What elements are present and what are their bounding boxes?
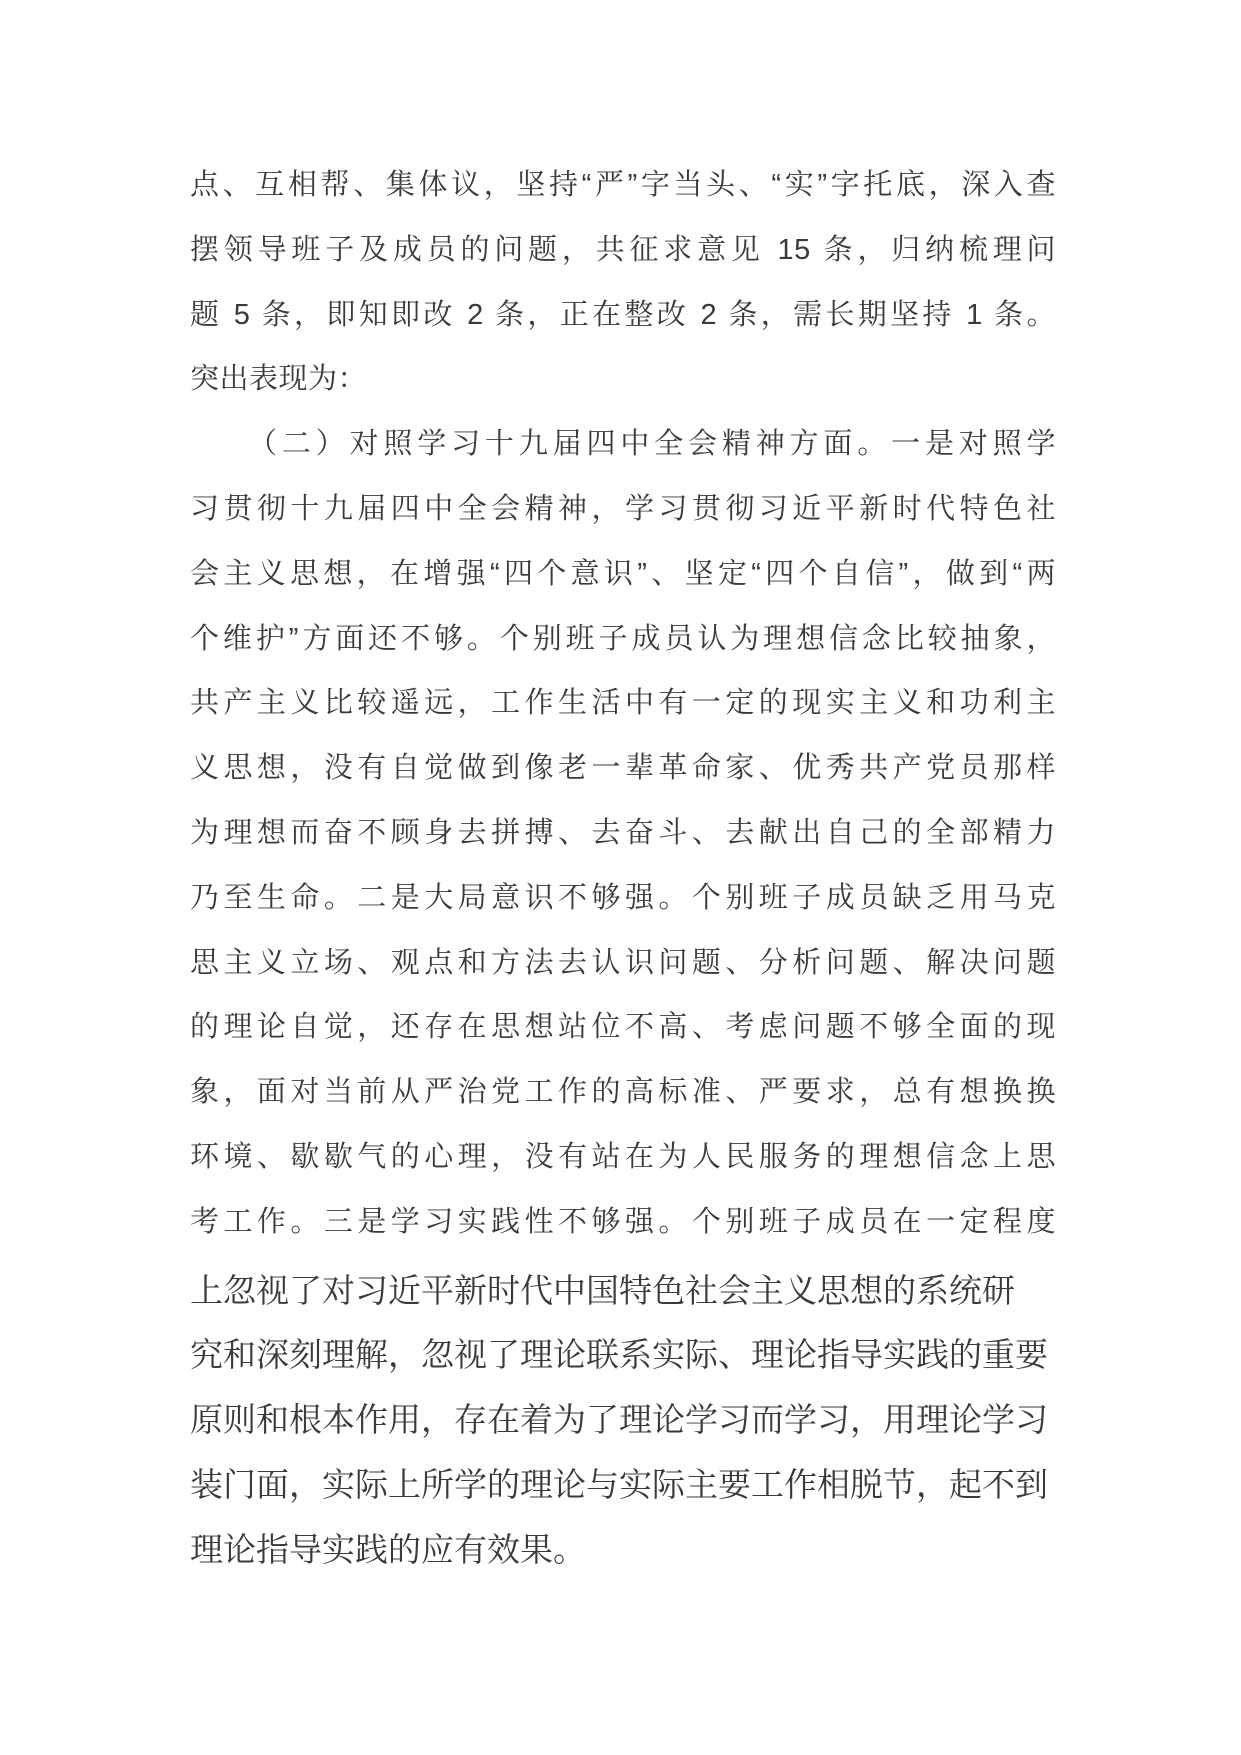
text-line: 摆领导班子及成员的问题，共征求意见 15 条，归纳梳理问	[190, 218, 1056, 283]
text-line: 点、互相帮、集体议，坚持“严”字当头、“实”字托底，深入查	[190, 153, 1056, 218]
text-line: 题 5 条，即知即改 2 条，正在整改 2 条，需长期坚持 1 条。	[190, 283, 1056, 348]
a4-document-page: 点、互相帮、集体议，坚持“严”字当头、“实”字托底，深入查 摆领导班子及成员的问…	[0, 0, 1241, 1755]
text-line: 究和深刻理解，忽视了理论联系实际、理论指导实践的重要	[190, 1323, 1056, 1388]
text-line: 习贯彻十九届四中全会精神，学习贯彻习近平新时代特色社	[190, 477, 1056, 542]
text-line: 个维护”方面还不够。个别班子成员认为理想信念比较抽象，	[190, 607, 1056, 672]
text-line: 的理论自觉，还存在思想站位不高、考虑问题不够全面的现	[190, 995, 1056, 1060]
text-line: 为理想而奋不顾身去拼搏、去奋斗、去献出自己的全部精力	[190, 801, 1056, 866]
text-line: 装门面，实际上所学的理论与实际主要工作相脱节，起不到	[190, 1453, 1056, 1518]
text-line: 原则和根本作用，存在着为了理论学习而学习，用理论学习	[190, 1388, 1056, 1453]
text-line paragraph-end: 突出表现为：	[190, 347, 1056, 412]
text-line paragraph-start: （二）对照学习十九届四中全会精神方面。一是对照学	[190, 412, 1056, 477]
text-line: 象，面对当前从严治党工作的高标准、严要求，总有想换换	[190, 1060, 1056, 1125]
text-line paragraph-end: 理论指导实践的应有效果。	[190, 1518, 1056, 1583]
text-column: 点、互相帮、集体议，坚持“严”字当头、“实”字托底，深入查 摆领导班子及成员的问…	[190, 153, 1056, 1583]
text-line: 上忽视了对习近平新时代中国特色社会主义思想的系统研	[190, 1259, 1056, 1324]
text-line: 思主义立场、观点和方法去认识问题、分析问题、解决问题	[190, 931, 1056, 996]
text-line: 考工作。三是学习实践性不够强。个别班子成员在一定程度	[190, 1190, 1056, 1255]
text-line: 会主义思想，在增强“四个意识”、坚定“四个自信”，做到“两	[190, 542, 1056, 607]
text-line: 义思想，没有自觉做到像老一辈革命家、优秀共产党员那样	[190, 736, 1056, 801]
text-line: 共产主义比较遥远，工作生活中有一定的现实主义和功利主	[190, 671, 1056, 736]
text-line: 乃至生命。二是大局意识不够强。个别班子成员缺乏用马克	[190, 866, 1056, 931]
text-line: 环境、歇歇气的心理，没有站在为人民服务的理想信念上思	[190, 1125, 1056, 1190]
